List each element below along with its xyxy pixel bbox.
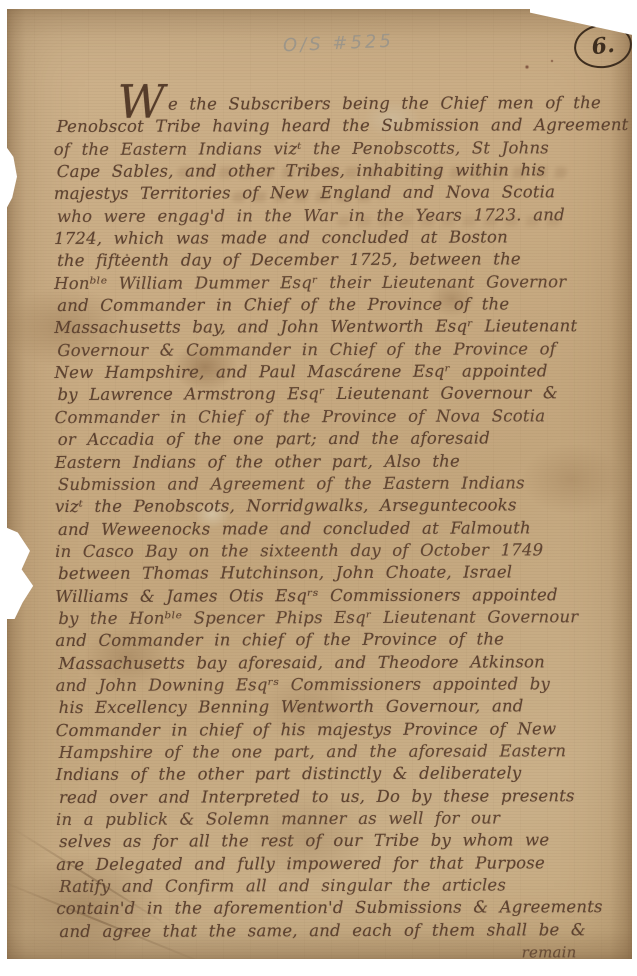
manuscript-line: or Accadia of the one part; and the afor… (58, 427, 632, 451)
manuscript-line: contain'd in the aforemention'd Submissi… (56, 896, 632, 920)
manuscript-line: and Weweenocks made and concluded at Fal… (58, 517, 632, 541)
manuscript-line: read over and Interpreted to us, Do by t… (59, 785, 632, 809)
pencil-annotation: O/S #525 (283, 31, 395, 57)
manuscript-line: Commander in Chief of the Province of No… (55, 405, 632, 429)
manuscript-body: Penobscot Tribe having heard the Submiss… (54, 114, 632, 943)
manuscript-line: who were engag'd in the War in the Years… (57, 204, 632, 228)
manuscript-line: Penobscot Tribe having heard the Submiss… (57, 114, 632, 138)
manuscript-line: Submission and Agreement of the Eastern … (58, 472, 632, 496)
manuscript-line: Hampshire of the one part, and the afore… (59, 740, 632, 764)
torn-edge-notch (7, 145, 17, 211)
manuscript-line: Cape Sables, and other Tribes, inhabitin… (57, 159, 632, 183)
manuscript-line: in a publick & Solemn manner as well for… (56, 807, 632, 831)
manuscript-line-first: We the Subscribers being the Chief men o… (53, 92, 631, 116)
catchword: remain (56, 941, 632, 959)
manuscript-line: Eastern Indians of the other part, Also … (55, 449, 632, 473)
manuscript-line: 1724, which was made and concluded at Bo… (54, 226, 632, 250)
manuscript-line: Massachusetts bay aforesaid, and Theodor… (58, 651, 632, 675)
manuscript-line: Indians of the other part distinctly & d… (56, 762, 632, 786)
manuscript-line: by Lawrence Armstrong Esqʳ Lieutenant Go… (57, 382, 632, 406)
manuscript-line: vizᵗ the Penobscots, Norridgwalks, Arseg… (55, 494, 632, 518)
manuscript-line: Honᵇˡᵉ William Dummer Esqʳ their Lieuten… (54, 271, 632, 295)
manuscript-line: Governour & Commander in Chief of the Pr… (57, 338, 632, 362)
manuscript-line: in Casco Bay on the sixteenth day of Oct… (55, 539, 632, 563)
manuscript-line: Commander in chief of his majestys Provi… (56, 718, 632, 742)
manuscript-line: and Commander in Chief of the Province o… (57, 293, 632, 317)
manuscript-line: are Delegated and fully impowered for th… (56, 852, 632, 876)
manuscript-line: Ratify and Confirm all and singular the … (59, 874, 632, 898)
torn-edge-notch (7, 527, 37, 619)
manuscript-line: and John Downing Esqʳˢ Commissioners app… (56, 673, 632, 697)
page-number: 6. (590, 32, 616, 61)
manuscript-text: We the Subscribers being the Chief men o… (53, 92, 632, 959)
manuscript-line: selves as for all the rest of our Tribe … (59, 829, 632, 853)
manuscript-line: Massachusetts bay, and John Wentworth Es… (54, 315, 632, 339)
manuscript-page: O/S #525 6. We the Subscribers being the… (7, 9, 632, 959)
manuscript-line: his Excellency Benning Wentworth Governo… (59, 695, 632, 719)
manuscript-line: by the Honᵇˡᵉ Spencer Phips Esqʳ Lieuten… (58, 606, 632, 630)
manuscript-line: and agree that the same, and each of the… (59, 919, 632, 943)
manuscript-line: majestys Territories of New England and … (54, 181, 632, 205)
manuscript-line: Williams & James Otis Esqʳˢ Commissioner… (55, 584, 632, 608)
manuscript-line: of the Eastern Indians vizᵗ the Penobsco… (54, 137, 632, 161)
manuscript-line: the fifteenth day of December 1725, betw… (57, 248, 632, 272)
first-line-text: e the Subscribers being the Chief men of… (168, 93, 601, 114)
manuscript-line: and Commander in chief of the Province o… (55, 628, 632, 652)
manuscript-line: between Thomas Hutchinson, John Choate, … (58, 561, 632, 585)
manuscript-line: New Hampshire, and Paul Mascárene Esqʳ a… (54, 360, 632, 384)
